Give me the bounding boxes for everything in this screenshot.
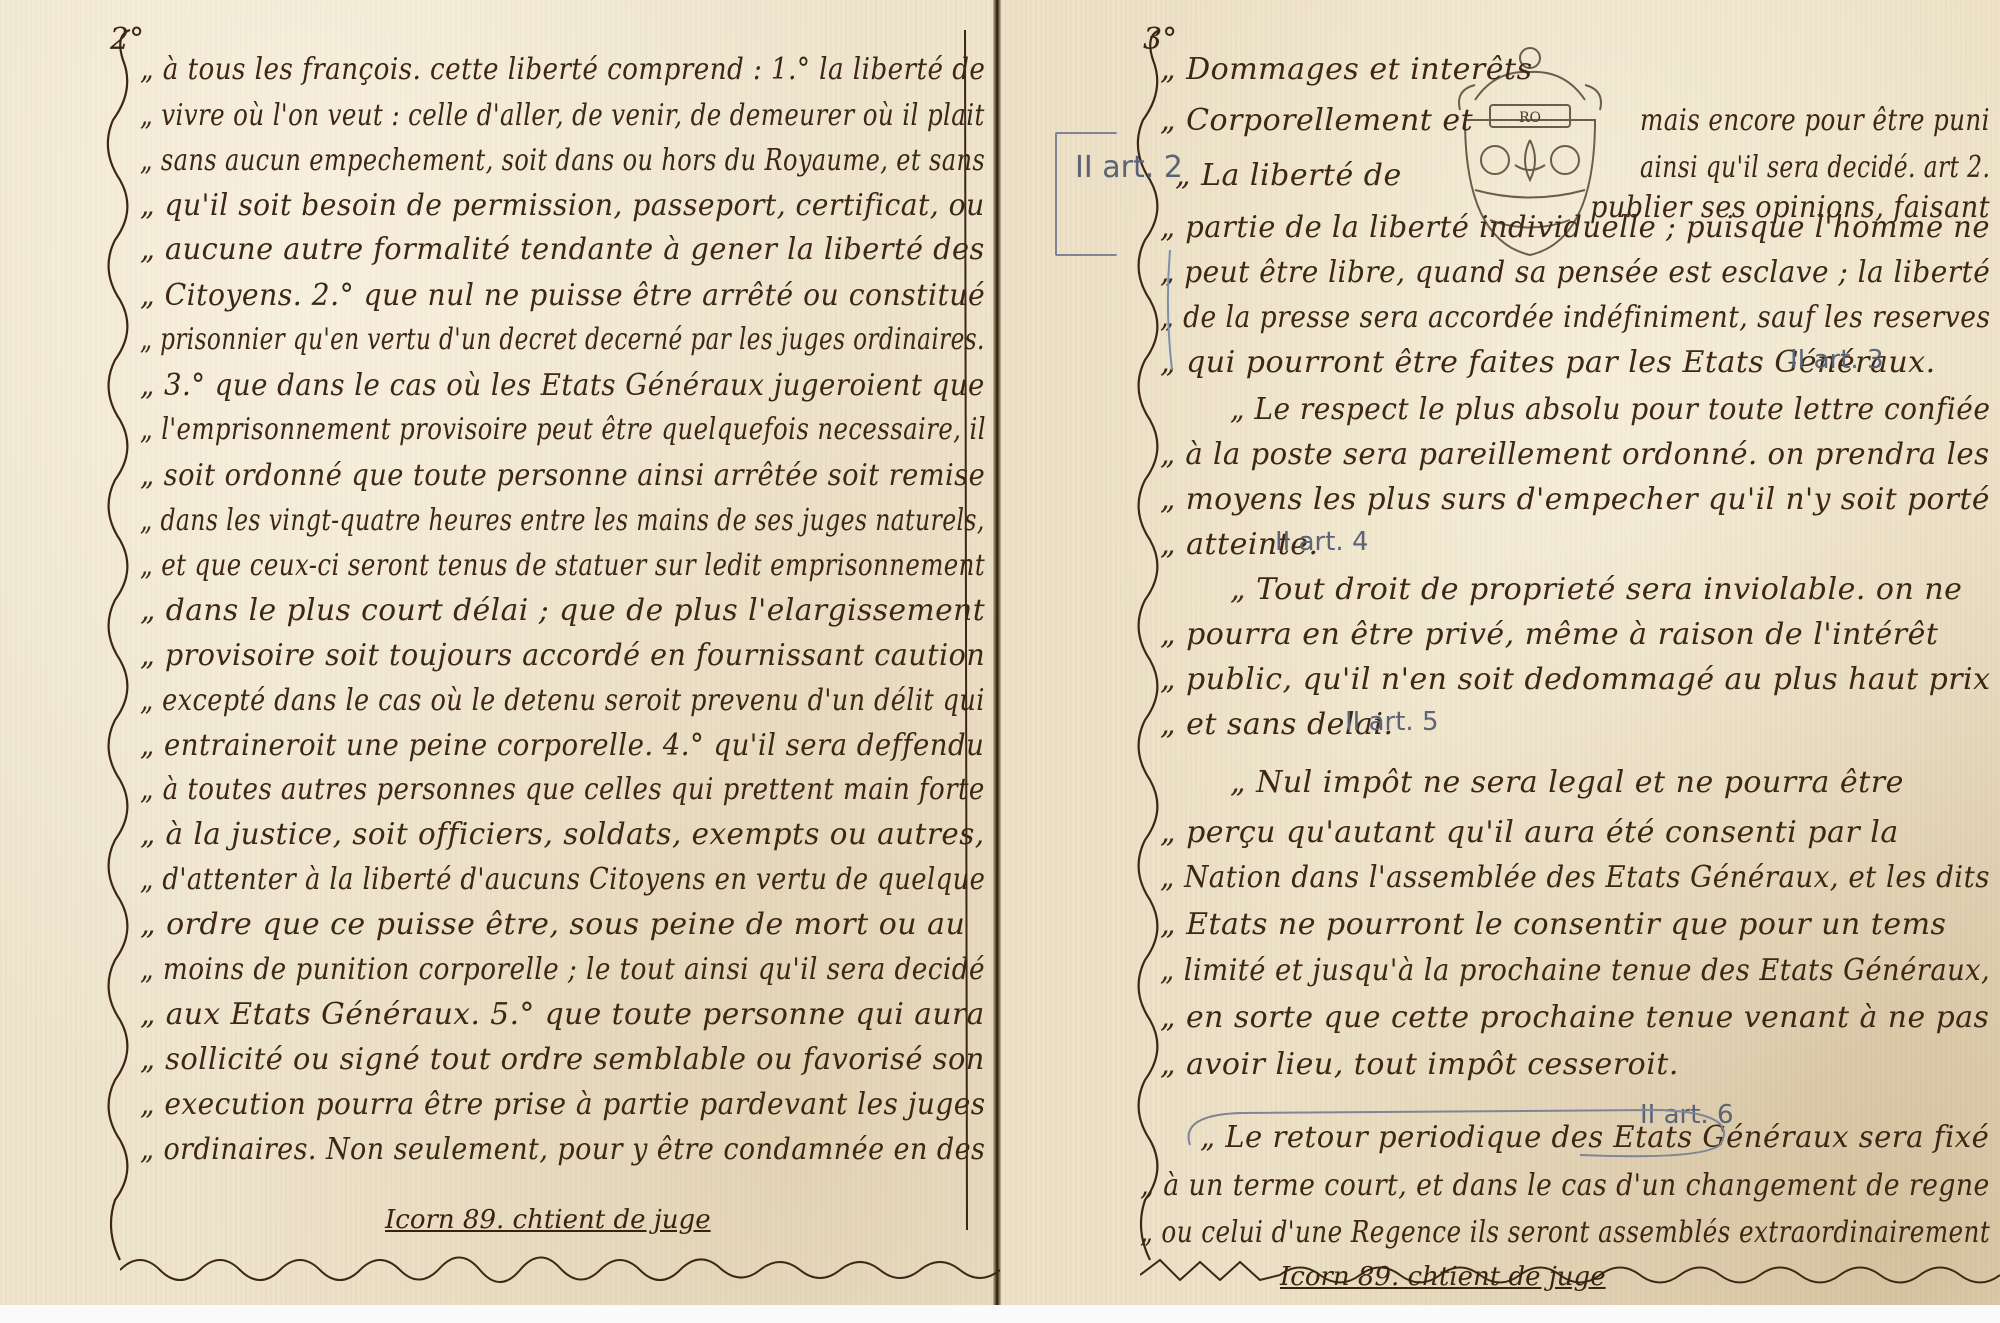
text-line: „ à toutes autres personnes que celles q… [140, 772, 985, 807]
text-line: „ provisoire soit toujours accordé en fo… [140, 638, 985, 673]
text-line: „ vivre où l'on veut : celle d'aller, de… [140, 98, 985, 133]
text-line: „ soit ordonné que toute personne ainsi … [140, 458, 985, 493]
text-line: „ d'attenter à la liberté d'aucuns Citoy… [140, 862, 985, 897]
right-signature: Icorn 89. chtient de juge [1280, 1262, 1606, 1292]
text-line: „ moyens les plus surs d'empecher qu'il … [1160, 482, 1990, 517]
text-line: „ execution pourra être prise à partie p… [140, 1087, 986, 1122]
pencil-annotation: II art. 2 [1075, 150, 1183, 185]
text-line: „ Corporellement et [1160, 103, 1473, 138]
left-bottom-wave-icon [120, 1240, 1000, 1300]
text-line: „ public, qu'il n'en soit dedommagé au p… [1160, 662, 1991, 697]
text-line: „ Nul impôt ne sera legal et ne pourra ê… [1230, 765, 1904, 800]
text-line: „ Tout droit de proprieté sera inviolabl… [1230, 572, 1962, 607]
text-line: „ perçu qu'autant qu'il aura été consent… [1160, 815, 1899, 850]
text-line: „ 3.° que dans le cas où les Etats Génér… [140, 368, 985, 403]
left-margin-brace-icon [95, 20, 145, 1290]
left-signature: Icorn 89. chtient de juge [385, 1205, 711, 1235]
text-line: „ ou celui d'une Regence ils seront asse… [1140, 1215, 1990, 1250]
text-fragment: mais encore pour être puni [1640, 103, 1990, 138]
pencil-loop-icon [1180, 1105, 1740, 1175]
svg-text:RO: RO [1519, 110, 1541, 126]
text-line: „ dans les vingt-quatre heures entre les… [140, 503, 985, 538]
text-line: „ entraineroit une peine corporelle. 4.°… [140, 728, 984, 763]
pencil-annotation: II art. 5 [1345, 707, 1439, 737]
pencil-annotation: II art. 3 [1790, 345, 1884, 375]
text-line: „ Nation dans l'assemblée des Etats Géné… [1160, 860, 1990, 895]
text-line: „ Le respect le plus absolu pour toute l… [1230, 392, 1990, 427]
text-line: „ aux Etats Généraux. 5.° que toute pers… [140, 997, 985, 1032]
text-line: „ limité et jusqu'à la prochaine tenue d… [1160, 953, 1990, 988]
scan-border [0, 1305, 2000, 1323]
text-line: „ dans le plus court délai ; que de plus… [140, 593, 985, 628]
pencil-vertical-line-icon [1160, 250, 1180, 370]
text-line: „ Citoyens. 2.° que nul ne puisse être a… [140, 278, 985, 313]
text-line: „ à la poste sera pareillement ordonné. … [1160, 437, 1990, 472]
text-line: „ Etats ne pourront le consentir que pou… [1160, 907, 1946, 942]
text-line: „ en sorte que cette prochaine tenue ven… [1160, 1000, 1989, 1035]
text-line: „ qu'il soit besoin de permission, passe… [140, 188, 985, 223]
text-line: „ moins de punition corporelle ; le tout… [140, 952, 985, 987]
text-line: „ sans aucun empechement, soit dans ou h… [140, 143, 985, 178]
text-line: „ prisonnier qu'en vertu d'un decret dec… [140, 322, 985, 357]
text-line: „ à la justice, soit officiers, soldats,… [140, 817, 985, 852]
text-fragment: publier ses opinions, faisant [1590, 190, 1990, 225]
text-fragment: ainsi qu'il sera decidé. art 2. [1640, 150, 1990, 185]
text-line: „ excepté dans le cas où le detenu seroi… [140, 683, 985, 718]
text-line: „ aucune autre formalité tendante à gene… [140, 232, 985, 267]
text-line: „ pourra en être privé, même à raison de… [1160, 617, 1938, 652]
pencil-annotation: II art. 4 [1275, 527, 1369, 557]
left-page-number: 2° [110, 22, 144, 57]
text-line: „ de la presse sera accordée indéfinimen… [1160, 300, 1990, 335]
text-line: „ peut être libre, quand sa pensée est e… [1160, 255, 1990, 290]
text-line: „ La liberté de [1175, 158, 1402, 193]
text-line: „ à tous les françois. cette liberté com… [140, 52, 985, 87]
text-line: „ ordre que ce puisse être, sous peine d… [140, 907, 965, 942]
text-line: „ Dommages et interêts [1160, 52, 1532, 87]
text-line: „ ordinaires. Non seulement, pour y être… [140, 1132, 985, 1167]
text-line: „ et que ceux-ci seront tenus de statuer… [140, 548, 985, 583]
text-line: „ l'emprisonnement provisoire peut être … [140, 412, 986, 447]
text-line: „ sollicité ou signé tout ordre semblabl… [140, 1042, 985, 1077]
text-line: „ avoir lieu, tout impôt cesseroit. [1160, 1047, 1679, 1082]
